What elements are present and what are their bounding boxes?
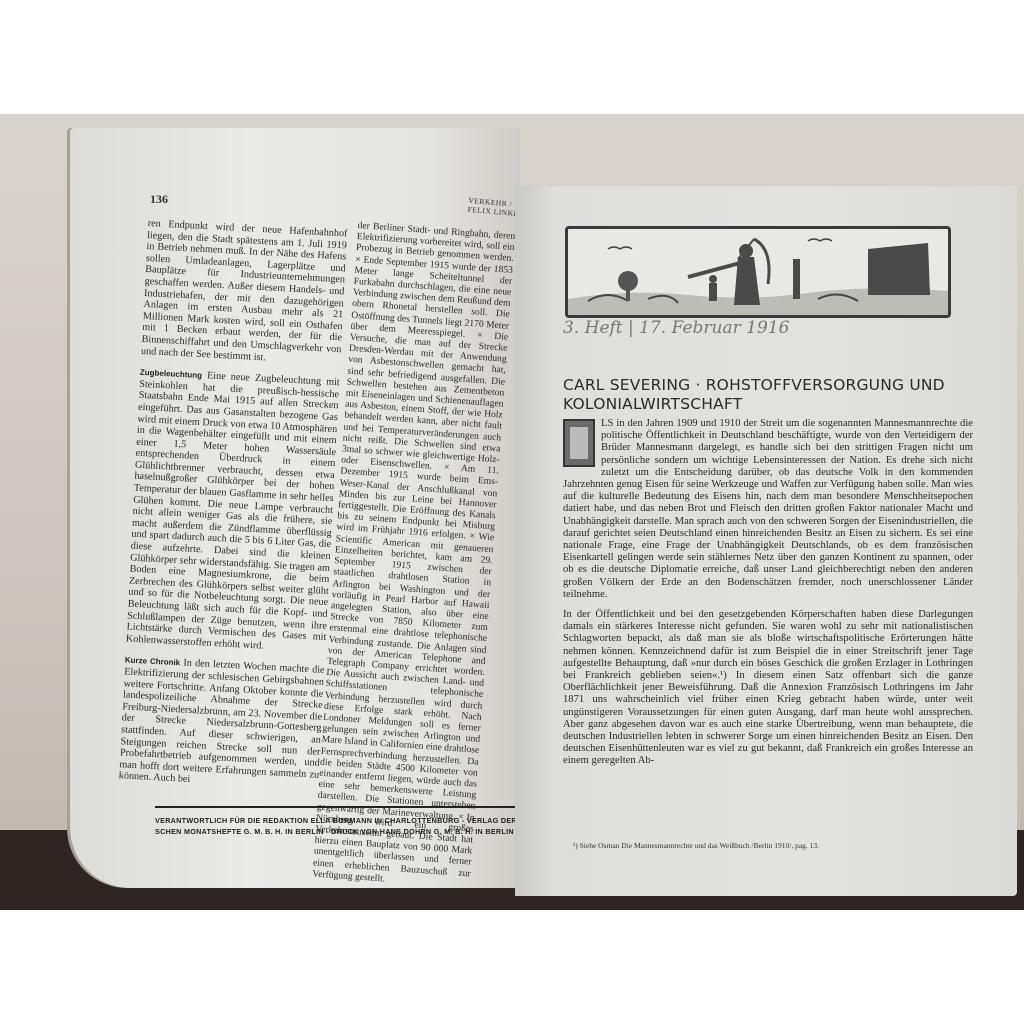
intro-paragraph: ren Endpunkt wird der neue Hafenbahnhof … xyxy=(141,218,348,367)
imprint-line-1: VERANTWORTLICH FÜR DIE REDAKTION ELLA BO… xyxy=(155,815,575,826)
woodcut-illustration xyxy=(565,226,951,318)
article-title: CARL SEVERING · ROHSTOFFVERSORGUNG UND K… xyxy=(563,376,963,414)
paragraph-2: In der Öffentlichkeit und bei den gesetz… xyxy=(563,609,973,768)
kurze-chronik-text: In den letzten Wochen machte die Elektri… xyxy=(118,658,324,785)
article-body: LS in den Jahren 1909 und 1910 der Strei… xyxy=(563,418,973,768)
imprint: VERANTWORTLICH FÜR DIE REDAKTION ELLA BO… xyxy=(155,815,575,837)
running-head: VERKEHR / FELIX LINKE xyxy=(467,196,520,218)
left-page: 136 VERKEHR / FELIX LINKE ren Endpunkt w… xyxy=(70,128,520,888)
paragraph-1: LS in den Jahren 1909 und 1910 der Strei… xyxy=(563,418,973,600)
zugbeleuchtung-text: Eine neue Zugbeleuchtung mit Steinkohlen… xyxy=(126,370,340,651)
imprint-line-2: SCHEN MONATSHEFTE G. M. B. H. IN BERLIN … xyxy=(155,826,575,837)
issue-date: 3. Heft | 17. Februar 1916 xyxy=(563,318,789,338)
page-number-left: 136 xyxy=(150,192,168,207)
decorative-initial-a-icon xyxy=(563,419,595,467)
imprint-rule xyxy=(155,806,565,808)
book-photo: 136 VERKEHR / FELIX LINKE ren Endpunkt w… xyxy=(0,114,1024,910)
left-column: ren Endpunkt wird der neue Hafenbahnhof … xyxy=(118,218,347,793)
reaper-illustration-icon xyxy=(568,229,948,315)
footnote: ¹) Siehe Osman Die Mannesmannrechte und … xyxy=(573,841,819,850)
right-page: 3. Heft | 17. Februar 1916 CARL SEVERING… xyxy=(515,186,1017,896)
